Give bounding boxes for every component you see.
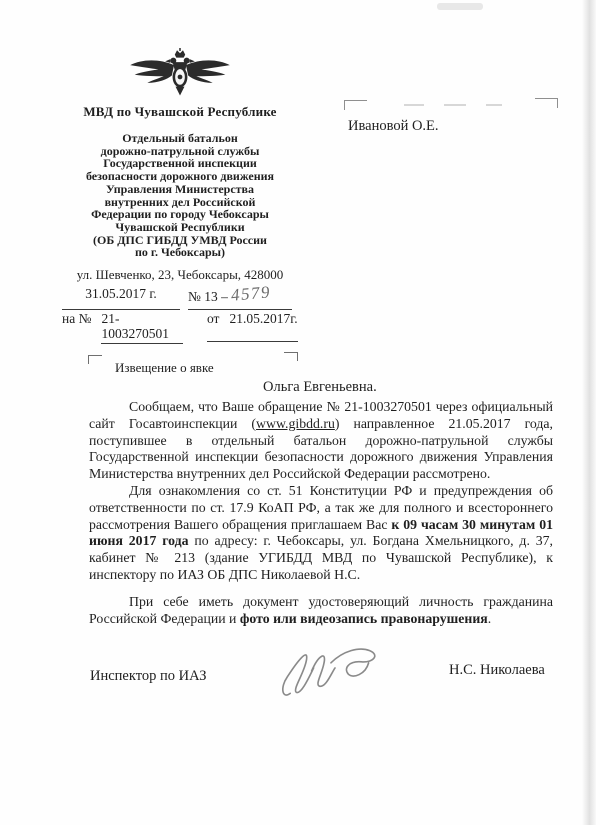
letterhead: МВД по Чувашской Республике Отдельный ба…	[55, 48, 305, 259]
paragraph-2: Для ознакомления со ст. 51 Конституции Р…	[89, 483, 553, 584]
org-line: Чувашской Республики	[55, 221, 305, 234]
incoming-date: от21.05.2017г.	[207, 311, 298, 342]
faded-text-mark	[404, 104, 424, 106]
incoming-number-part1: 21-	[101, 311, 169, 326]
gibdd-url-text: www.gibdd.ru	[256, 416, 335, 431]
org-line: Отдельный батальон	[55, 132, 305, 145]
p3-required-items: фото или видеозапись правонарушения	[240, 611, 488, 626]
scan-edge-shadow	[582, 0, 596, 825]
mvd-double-headed-eagle-icon	[128, 48, 232, 100]
corner-mark-icon	[344, 100, 367, 110]
recipient-address-zone: Ивановой О.Е.	[344, 92, 558, 137]
salutation: Ольга Евгеньевна.	[263, 379, 377, 396]
outgoing-number-label: № 13 –	[188, 289, 228, 304]
org-line: безопасности дорожного движения	[55, 170, 305, 183]
incoming-number-part2: 1003270501	[101, 326, 169, 341]
subject-zone: Извещение о явке	[88, 350, 298, 380]
incoming-date-value: 21.05.2017г.	[229, 311, 297, 326]
signer-name: Н.С. Николаева	[449, 662, 545, 679]
incoming-from-label: от	[207, 311, 219, 326]
incoming-ref-label: на №	[62, 311, 91, 327]
paragraph-1: Сообщаем, что Ваше обращение № 21-100327…	[89, 399, 553, 483]
handwritten-signature-icon	[278, 640, 390, 702]
p3-text: .	[488, 611, 491, 626]
signer-position-title: Инспектор по ИАЗ	[90, 668, 206, 685]
paragraph-3: При себе иметь документ удостоверяющий л…	[89, 594, 553, 628]
faded-text-mark	[486, 104, 502, 106]
org-line: Управления Министерства	[55, 183, 305, 196]
outgoing-ref-row: 31.05.2017 г. № 13 – 4579	[62, 286, 302, 310]
org-name-block: Отдельный батальон дорожно-патрульной сл…	[55, 132, 305, 259]
scan-smudge	[437, 3, 483, 10]
outgoing-number: № 13 – 4579	[188, 286, 292, 310]
org-title: МВД по Чувашской Республике	[55, 104, 305, 120]
handwritten-number: 4579	[230, 282, 272, 305]
scanned-letter-page: МВД по Чувашской Республике Отдельный ба…	[0, 0, 600, 825]
outgoing-date: 31.05.2017 г.	[62, 286, 180, 310]
incoming-number: 21- 1003270501	[101, 311, 183, 344]
recipient-name: Ивановой О.Е.	[348, 118, 439, 135]
corner-mark-icon	[88, 355, 102, 364]
faded-text-mark	[444, 104, 466, 106]
letter-body: Сообщаем, что Ваше обращение № 21-100327…	[89, 399, 553, 627]
org-line: по г. Чебоксары)	[55, 246, 305, 259]
incoming-ref-row: на № 21- 1003270501 от21.05.2017г.	[62, 311, 312, 344]
corner-mark-icon	[535, 98, 558, 108]
org-postal-address: ул. Шевченко, 23, Чебоксары, 428000	[55, 267, 305, 283]
corner-mark-icon	[284, 352, 298, 361]
subject-line: Извещение о явке	[115, 360, 214, 376]
